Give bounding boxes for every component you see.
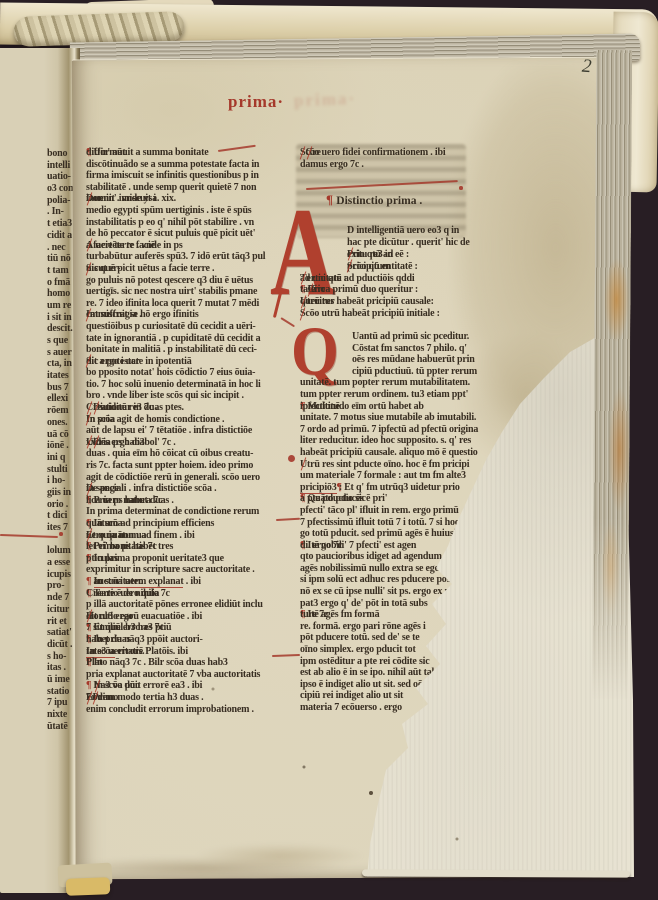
text-line: ad unitatē : Tertio qtū ad pductiōis qdd… bbox=[300, 273, 526, 285]
text-line: 7 ordo ad primū. 7 ipfectū ad pfectū ori… bbox=[300, 424, 526, 436]
red-ink-blob bbox=[288, 455, 295, 462]
text-line: tiū nō bbox=[0, 253, 47, 265]
text-line: o fmā bbox=[0, 277, 47, 289]
text-line: t etia3 bbox=[0, 218, 47, 230]
text-line: homo bbox=[0, 288, 47, 300]
paper-specks bbox=[0, 0, 2, 2]
text-line: um re bbox=[0, 300, 47, 312]
text-line: icitur bbox=[0, 604, 47, 616]
text-line: cta, in bbox=[0, 358, 47, 370]
text-line: ipfectionē . ¶ Multitudo eīm ortū habet … bbox=[300, 401, 526, 413]
text-line: s que bbox=[0, 335, 47, 347]
text-line: Scōo uero fidei confirmationem . ibi Cre bbox=[300, 147, 522, 159]
text-line: firma imiscuit se infinitis questionibus… bbox=[86, 170, 302, 182]
text-line: lolum bbox=[0, 545, 47, 557]
text-line: xxi. Uidēs ergo diabol' 7c . Pria ps hab… bbox=[86, 437, 302, 449]
text-line: ūtatē bbox=[0, 721, 47, 733]
text-line: ites 7 bbox=[0, 522, 47, 534]
text-line: uatio- bbox=[0, 171, 47, 183]
previous-page-text-fragment: bonointelliuatio-o3 conpolia-. In-t etia… bbox=[0, 148, 47, 732]
text-line: bus 7 bbox=[0, 382, 47, 394]
text-line: intelli bbox=[0, 160, 47, 172]
text-line: itates bbox=[0, 370, 47, 382]
text-line: . nec bbox=[0, 242, 47, 254]
text-line: Uantū ad primū sic pceditur. bbox=[300, 331, 526, 343]
lower-binding-tab bbox=[66, 877, 111, 896]
text-line: Creationē re3 7c . Diuiditur in duas pte… bbox=[86, 402, 302, 414]
text-line: ¶ In scōa uero auctoritatem explanat . i… bbox=[86, 576, 302, 588]
distinctio-swash-dot bbox=[459, 186, 463, 190]
text-column-right-intro: Scōo uero fidei confirmationem . ibi Cre… bbox=[300, 147, 522, 170]
text-line: liter reducitur. ideo hoc supposito. s. … bbox=[300, 435, 526, 447]
book-photograph: bonointelliuatio-o3 conpolia-. In-t etia… bbox=[0, 0, 658, 900]
text-line: 7c . Eodem modo tertia h3 duas . Primo bbox=[86, 692, 302, 704]
text-line: habet duas ¶ In pria nāq3 ppōit auctori- bbox=[86, 634, 302, 646]
text-line: cipiū pductiuū. tū ppter rerum bbox=[300, 366, 526, 378]
text-line: s auer bbox=[0, 347, 47, 359]
text-line: uero quātum ad finem . ibi Et quia non u… bbox=[86, 530, 302, 542]
text-line: tate in ignorantiā . p cupiditatē dū cec… bbox=[86, 333, 302, 345]
text-line: quātum ad principium efficiens ¶ In scōa bbox=[86, 518, 302, 530]
text-line: bonitate in malitiā . p instabilitatē dū… bbox=[86, 344, 302, 356]
text-line: bro . vnde liber iste scōs qui sic incip… bbox=[86, 390, 302, 402]
text-line: pria explanat auctoritatē 7 vba auctorit… bbox=[86, 669, 302, 681]
text-line: lica uero natura 7c ¶ Pria ps habet duas… bbox=[86, 495, 302, 507]
distinctio-heading: ¶ Distinctio prima . bbox=[326, 192, 422, 208]
text-line: s ho- bbox=[0, 651, 47, 663]
text-line: oēs res mūdane habuerūt prin bbox=[300, 354, 526, 366]
text-line: o3 con bbox=[0, 183, 47, 195]
text-line: t dici bbox=[0, 510, 47, 522]
text-line: dit a potestate in ipotentiā Sic ergo i … bbox=[86, 356, 302, 368]
text-line: polia- bbox=[0, 195, 47, 207]
text-line: pro- bbox=[0, 580, 47, 592]
text-line: tatē : ¶ Circa primū duo queritur : Prio bbox=[300, 284, 526, 296]
text-line: a esse bbox=[0, 557, 47, 569]
text-line: t tam bbox=[0, 265, 47, 277]
previous-page-gutter: bonointelliuatio-o3 conpolia-. In-t etia… bbox=[0, 48, 80, 893]
text-line: ini q bbox=[0, 452, 47, 464]
text-line: Creare ē de nihilo 7c ¶ Tertio uero quia bbox=[86, 588, 302, 600]
text-line: ellexi bbox=[0, 393, 47, 405]
text-line: nixte bbox=[0, 709, 47, 721]
text-line: i sit in bbox=[0, 312, 47, 324]
text-line: i ho- bbox=[0, 475, 47, 487]
text-line: ones. bbox=[0, 417, 47, 429]
running-title-offset-ghost: prima· bbox=[294, 89, 357, 111]
text-line: In pria agit de homis condictione . In s… bbox=[86, 414, 302, 426]
margin-squiggle-dot bbox=[59, 532, 63, 536]
text-line: 7 ipu bbox=[0, 697, 47, 709]
text-line: pticulas ¶ In prima proponit ueritate3 q… bbox=[86, 553, 302, 565]
folio-number: 2 bbox=[581, 56, 592, 79]
text-line: p illā auctoritatē pōnes erronee elidiūt… bbox=[86, 599, 302, 611]
running-title: prima· bbox=[228, 92, 284, 112]
text-line: difformauit a summa bonitate ¶ Uir' aūt bbox=[86, 147, 302, 159]
text-line: . In- bbox=[0, 206, 47, 218]
text-line: tate3 ueritatis. In scōa errorē Platōis.… bbox=[86, 646, 302, 658]
text-line: unitatē. tum popter rerum mutabilitatem. bbox=[300, 377, 526, 389]
text-line: tum ppter rerum ordinem. tu3 etiam ppt' bbox=[300, 389, 526, 401]
text-line: hac pte dicūtur . querit' hic de bbox=[300, 237, 526, 249]
text-line: nde 7 bbox=[0, 592, 47, 604]
text-line: in speciali . infra distictiōe scōa . De… bbox=[86, 483, 302, 495]
text-line: questiōibus p curiositatē dū cecidit a u… bbox=[86, 321, 302, 333]
distinctio-heading-text: Distinctio prima . bbox=[336, 195, 422, 207]
text-line: queritur Utrū res habeāt pricipiū causal… bbox=[300, 296, 526, 308]
text-line: bo pposito notat' hois cōdictio 7 eius ō… bbox=[86, 367, 302, 379]
text-line: enim concludit errorum improbationem . bbox=[86, 704, 302, 716]
text-line: exprimitur in scripture sacre auctoritat… bbox=[86, 564, 302, 576]
text-column-right-paragraph-1: D intelligentiā uero eo3 q inhac pte dic… bbox=[300, 225, 526, 320]
text-line: itas . bbox=[0, 662, 47, 674]
text-line: bono bbox=[0, 148, 47, 160]
text-line: let ei' bonitatis 7c ¶ Prima ps habet tr… bbox=[86, 541, 302, 553]
text-line: ris 7c. facta sunt ppter hoiem. ideo pri… bbox=[86, 460, 302, 472]
text-line: iōnē . bbox=[0, 440, 47, 452]
text-line: discōtinuãdo se a summa potestate facta … bbox=[86, 159, 302, 171]
text-line: Cōstat fm sanctos 7 philo. q' bbox=[300, 343, 526, 355]
text-line: descit. bbox=[0, 323, 47, 335]
text-line: In prima determinat de condictione rerum bbox=[86, 506, 302, 518]
text-line: satiat' bbox=[0, 627, 47, 639]
text-line: aūt de lapsu ei' 7 tētatiōe . infra dist… bbox=[86, 425, 302, 437]
text-line: pricipiū entitatē : Scōo qtum bbox=[300, 261, 526, 273]
text-line: dit ultio earū euacuatiōe . ibi Horu3 er… bbox=[86, 611, 302, 623]
text-line: stulti bbox=[0, 464, 47, 476]
text-line: duas . quia eīm hō cōicat cū oibus creat… bbox=[86, 448, 302, 460]
text-line: tio. 7 hoc solū inuenio determinatā in h… bbox=[86, 379, 302, 391]
text-line: ¶ In scōa pōit errorē ea3 . ibi Na3 vo d… bbox=[86, 680, 302, 692]
text-line: statio bbox=[0, 686, 47, 698]
text-line: orio . bbox=[0, 499, 47, 511]
text-line: 7 similiū errores 7c ¶ Et quel.b3 ha3 pt… bbox=[86, 622, 302, 634]
text-line: exitu re3 in eē : Prio qtū ad bbox=[300, 249, 526, 261]
text-line: cidit a bbox=[0, 230, 47, 242]
text-line: damus ergo 7c . bbox=[300, 159, 522, 171]
text-line: ū ime bbox=[0, 674, 47, 686]
text-line: uā cō bbox=[0, 429, 47, 441]
text-line: rōem bbox=[0, 405, 47, 417]
text-line: icupis bbox=[0, 569, 47, 581]
text-line: rit et bbox=[0, 616, 47, 628]
under-page-bottom-edge bbox=[362, 869, 630, 877]
text-line: D intelligentiā uero eo3 q in bbox=[300, 225, 526, 237]
page-edges-fore bbox=[592, 50, 633, 700]
text-line: dicūt . bbox=[0, 639, 47, 651]
text-line: Plato nāq3 7c . Bilr scōa duas hab3 ¶ In bbox=[86, 657, 302, 669]
text-line: giis in bbox=[0, 487, 47, 499]
text-line: unitate. 7 motus siue mutabile ab imutab… bbox=[300, 412, 526, 424]
text-line: agit de cōdictiōe rerū in generali. scōo… bbox=[86, 472, 302, 484]
